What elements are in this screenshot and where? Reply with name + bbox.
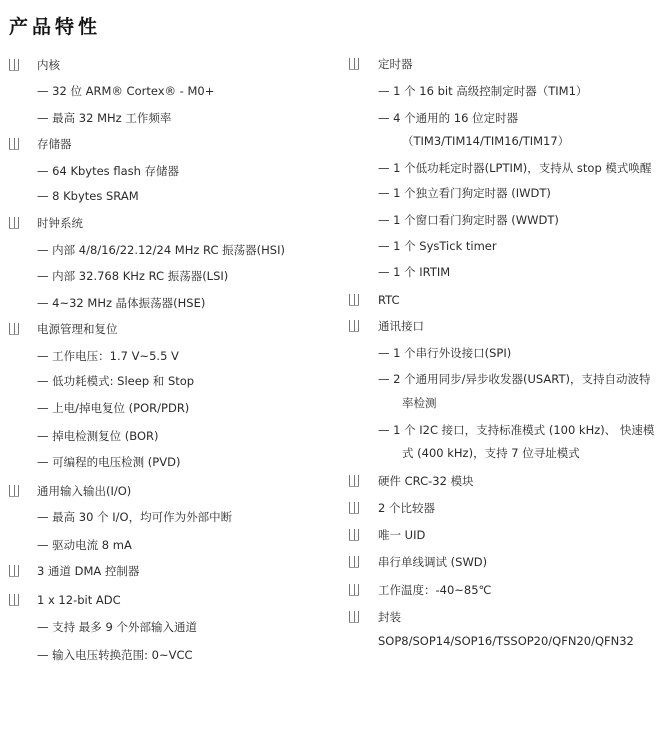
feature-heading: 电源管理和复位 (37, 322, 118, 336)
feature-detail: — 2 个通用同步/异步收发器(USART)，支持自动波特 (378, 372, 650, 386)
feature-detail: — 1 个 I2C 接口，支持标准模式 (100 kHz)、 快速模 (378, 423, 654, 437)
bullet-icon (9, 485, 19, 497)
feature-heading: 3 通道 DMA 控制器 (37, 564, 139, 578)
feature-detail: — 输入电压转换范围: 0~VCC (37, 648, 193, 662)
feature-heading: 工作温度：-40~85℃ (378, 583, 491, 597)
feature-heading: 封装 (378, 610, 401, 624)
feature-detail: — 1 个窗口看门狗定时器 (WWDT) (378, 213, 559, 227)
feature-detail: — 1 个独立看门狗定时器 (IWDT) (378, 186, 551, 200)
feature-detail: — 内部 4/8/16/22.12/24 MHz RC 振荡器(HSI) (37, 243, 285, 257)
bullet-icon (9, 594, 19, 606)
feature-detail: — 最高 32 MHz 工作频率 (37, 111, 171, 125)
feature-detail: — 1 个低功耗定时器(LPTIM)，支持从 stop 模式唤醒 (378, 161, 651, 175)
feature-detail: — 64 Kbytes flash 存储器 (37, 164, 179, 178)
feature-detail: — 1 个 IRTIM (378, 265, 450, 279)
page-title: 产品特性 (9, 12, 101, 39)
feature-heading: 通讯接口 (378, 319, 424, 333)
feature-detail: — 4 个通用的 16 位定时器 (378, 111, 518, 125)
feature-heading: 存储器 (37, 137, 72, 151)
feature-heading: 串行单线调试 (SWD) (378, 555, 487, 569)
bullet-icon (9, 565, 19, 577)
feature-detail: — 可编程的电压检测 (PVD) (37, 455, 180, 469)
bullet-icon (349, 58, 359, 70)
feature-detail: — 低功耗模式: Sleep 和 Stop (37, 374, 194, 388)
bullet-icon (349, 529, 359, 541)
feature-heading: 通用输入输出(I/O) (37, 484, 131, 498)
feature-heading: 时钟系统 (37, 216, 83, 230)
bullet-icon (349, 294, 359, 306)
feature-detail: — 4~32 MHz 晶体振荡器(HSE) (37, 296, 205, 310)
feature-heading: 唯一 UID (378, 528, 425, 542)
feature-detail: （TIM3/TIM14/TIM16/TIM17） (402, 134, 569, 148)
bullet-icon (349, 475, 359, 487)
feature-detail: — 支持 最多 9 个外部输入通道 (37, 620, 197, 634)
feature-detail: — 1 个 SysTick timer (378, 239, 497, 253)
bullet-icon (9, 323, 19, 335)
bullet-icon (9, 138, 19, 150)
feature-detail: — 掉电检测复位 (BOR) (37, 429, 159, 443)
feature-heading: 内核 (37, 58, 60, 72)
feature-detail: — 驱动电流 8 mA (37, 538, 132, 552)
feature-heading: 硬件 CRC-32 模块 (378, 474, 474, 488)
feature-detail: — 内部 32.768 KHz RC 振荡器(LSI) (37, 269, 228, 283)
bullet-icon (349, 584, 359, 596)
bullet-icon (9, 59, 19, 71)
feature-heading: RTC (378, 293, 400, 307)
feature-detail: — 32 位 ARM® Cortex® - M0+ (37, 84, 214, 98)
bullet-icon (349, 320, 359, 332)
feature-detail: — 8 Kbytes SRAM (37, 189, 139, 203)
feature-detail: — 工作电压：1.7 V~5.5 V (37, 349, 179, 363)
feature-detail: 式 (400 kHz)，支持 7 位寻址模式 (402, 446, 580, 460)
bullet-icon (349, 556, 359, 568)
feature-heading: 定时器 (378, 57, 413, 71)
feature-detail: — 上电/掉电复位 (POR/PDR) (37, 401, 189, 415)
feature-heading: 2 个比较器 (378, 501, 435, 515)
feature-detail: — 1 个 16 bit 高级控制定时器（TIM1） (378, 84, 587, 98)
feature-heading: 1 x 12-bit ADC (37, 593, 121, 607)
feature-detail: SOP8/SOP14/SOP16/TSSOP20/QFN20/QFN32 (378, 634, 634, 648)
feature-detail: — 最高 30 个 I/O，均可作为外部中断 (37, 510, 232, 524)
feature-detail: 率检测 (402, 396, 437, 410)
bullet-icon (349, 502, 359, 514)
feature-detail: — 1 个串行外设接口(SPI) (378, 346, 511, 360)
bullet-icon (9, 217, 19, 229)
bullet-icon (349, 611, 359, 623)
